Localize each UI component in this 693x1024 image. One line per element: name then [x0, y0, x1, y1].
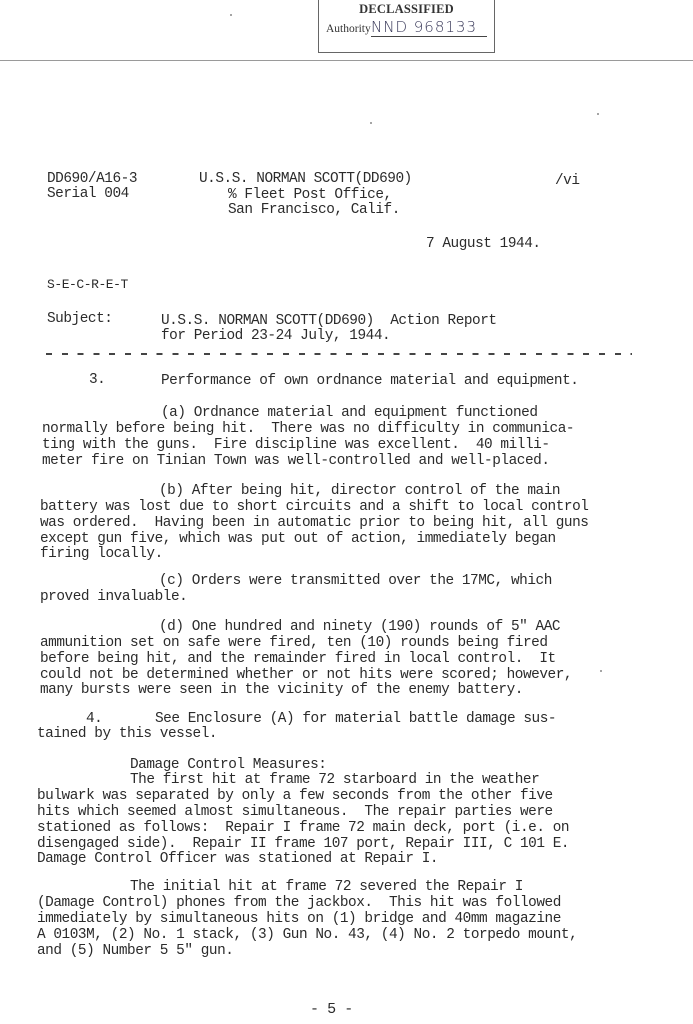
para-b-line: battery was lost due to short circuits a…	[40, 499, 588, 515]
section-4-line-2: tained by this vessel.	[37, 726, 217, 742]
section-3-number: 3.	[89, 372, 105, 388]
subject-line-1: U.S.S. NORMAN SCOTT(DD690) Action Report	[161, 313, 497, 329]
subject-label: Subject:	[47, 311, 113, 327]
section-4-line-1: See Enclosure (A) for material battle da…	[155, 711, 556, 727]
section-3-heading: Performance of own ordnance material and…	[161, 373, 578, 389]
para-b-line: firing locally.	[40, 546, 163, 562]
dc-para1-line: bulwark was separated by only a few seco…	[37, 788, 553, 804]
stamp-title: DECLASSIFIED	[319, 2, 494, 17]
typist-initials: /vi	[555, 173, 580, 189]
para-b-line: except gun five, which was put out of ac…	[40, 531, 556, 547]
para-a-line: (a) Ordnance material and equipment func…	[161, 405, 538, 421]
para-d-line: many bursts were seen in the vicinity of…	[40, 682, 523, 698]
top-scan-rule	[0, 60, 693, 61]
scan-speck	[600, 670, 602, 672]
para-d-line: could not be determined whether or not h…	[40, 667, 572, 683]
para-b-line: was ordered. Having been in automatic pr…	[40, 515, 588, 531]
dc-para1-line: hits which seemed almost simultaneous. T…	[37, 804, 553, 820]
dc-para1-line: stationed as follows: Repair I frame 72 …	[37, 820, 569, 836]
dc-para2-line: The initial hit at frame 72 severed the …	[130, 879, 523, 895]
scan-speck	[230, 14, 232, 16]
address-line-1: % Fleet Post Office,	[228, 187, 392, 203]
dc-para1-line: disengaged side). Repair II frame 107 po…	[37, 836, 569, 852]
address-line-2: San Francisco, Calif.	[228, 202, 400, 218]
dc-para1-line: The first hit at frame 72 starboard in t…	[130, 772, 539, 788]
dc-para2-line: (Damage Control) phones from the jackbox…	[37, 895, 561, 911]
para-d-line: (d) One hundred and ninety (190) rounds …	[159, 619, 560, 635]
classification-marking: S-E-C-R-E-T	[47, 277, 128, 292]
section-4-number: 4.	[86, 711, 102, 727]
para-c-line: proved invaluable.	[40, 589, 187, 605]
subject-divider	[46, 353, 632, 355]
damage-control-heading: Damage Control Measures:	[130, 757, 326, 773]
subject-line-2: for Period 23-24 July, 1944.	[161, 328, 390, 344]
para-a-line: meter fire on Tinian Town was well-contr…	[42, 453, 550, 469]
para-c-line: (c) Orders were transmitted over the 17M…	[159, 573, 552, 589]
page-number: - 5 -	[310, 1001, 353, 1018]
para-d-line: ammunition set on safe were fired, ten (…	[40, 635, 548, 651]
scan-speck	[597, 113, 599, 115]
dc-para2-line: immediately by simultaneous hits on (1) …	[37, 911, 561, 927]
dc-para2-line: A 0103M, (2) No. 1 stack, (3) Gun No. 43…	[37, 927, 577, 943]
para-a-line: normally before being hit. There was no …	[42, 421, 574, 437]
declassified-stamp: DECLASSIFIED Authority NND 968133	[318, 0, 495, 53]
document-date: 7 August 1944.	[426, 236, 541, 252]
dc-para1-line: Damage Control Officer was stationed at …	[37, 851, 438, 867]
para-d-line: before being hit, and the remainder fire…	[40, 651, 556, 667]
ship-name: U.S.S. NORMAN SCOTT(DD690)	[199, 171, 412, 187]
dc-para2-line: and (5) Number 5 5" gun.	[37, 943, 233, 959]
file-code: DD690/A16-3	[47, 171, 137, 187]
serial-number: Serial 004	[47, 186, 129, 202]
para-b-line: (b) After being hit, director control of…	[159, 483, 560, 499]
para-a-line: ting with the guns. Fire discipline was …	[42, 437, 550, 453]
stamp-authority-value: NND 968133	[371, 18, 487, 37]
scan-speck	[370, 122, 372, 124]
stamp-authority-label: Authority	[326, 23, 371, 35]
